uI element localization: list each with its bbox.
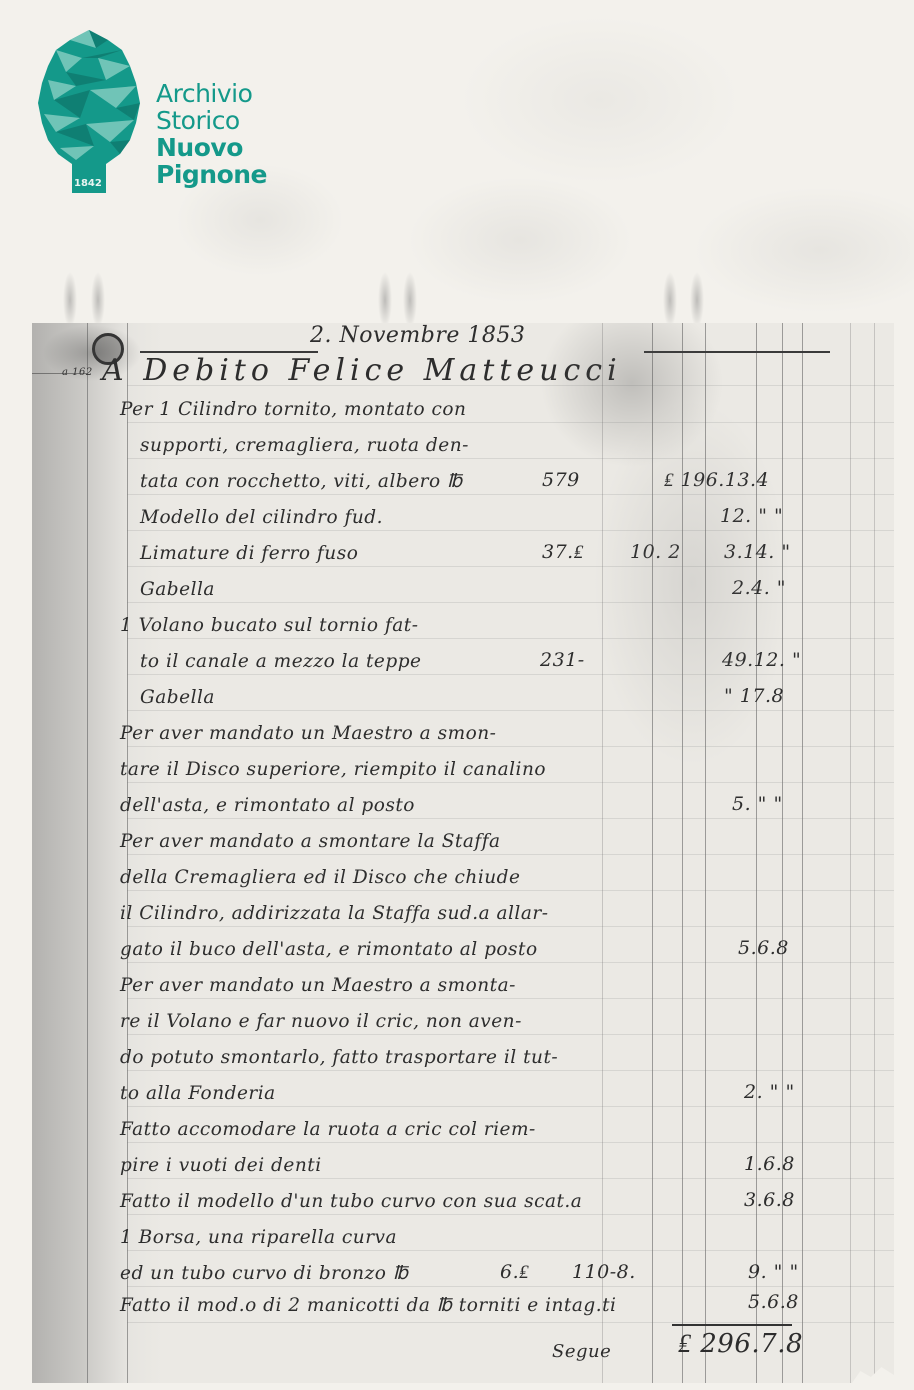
entry-amount: 49.12. " (722, 649, 801, 671)
column-rule (782, 323, 783, 1383)
margin-rule (87, 323, 88, 1383)
entry-amount: ₤ 196.13.4 (664, 469, 769, 492)
entry-text: tata con rocchetto, viti, albero ℔ (140, 471, 463, 492)
column-rule (602, 323, 603, 1383)
entry-text: il Cilindro, addirizzata la Staffa sud.a… (120, 903, 548, 924)
entry-amount: 3.14. " (724, 541, 791, 563)
column-rule (850, 323, 851, 1383)
entry-text: gato il buco dell'asta, e rimontato al p… (120, 939, 538, 960)
entry-amount: " 17.8 (724, 685, 784, 707)
entry-text: supporti, cremagliera, ruota den- (140, 435, 469, 456)
entry-qty: 579 (542, 469, 580, 491)
entry-text: Gabella (140, 579, 215, 600)
entry-text: dell'asta, e rimontato al posto (120, 795, 415, 816)
ledger-page: a 162 2. Novembre 1853 A Debito Felice M… (32, 323, 894, 1383)
logo-wordmark: Archivio Storico Nuovo Pignone (156, 80, 267, 188)
column-rule (874, 323, 875, 1383)
entry-text: Fatto il mod.o di 2 manicotti da ℔ torni… (120, 1295, 616, 1316)
column-rule (802, 323, 803, 1383)
header-rule (644, 351, 830, 353)
column-rule (652, 323, 653, 1383)
entry-text: Limature di ferro fuso (140, 543, 358, 564)
entry-text: 1 Borsa, una riparella curva (120, 1227, 397, 1248)
entry-amount: 2.4. " (732, 577, 786, 599)
torn-edge (852, 1363, 894, 1383)
entry-text: 1 Volano bucato sul tornio fat- (120, 615, 418, 636)
entry-text: tare il Disco superiore, riempito il can… (120, 759, 546, 780)
entry-amount: 9. " " (748, 1261, 799, 1283)
entry-text: Per aver mandato un Maestro a smon- (120, 723, 496, 744)
entry-text: to alla Fonderia (120, 1083, 276, 1104)
entry-amount: 1.6.8 (744, 1153, 795, 1175)
pinecone-logo-icon (36, 28, 142, 198)
document-total: ₤ 296.7.8 (678, 1329, 803, 1359)
margin-mark: a 162 (62, 367, 93, 378)
entry-text: Fatto il modello d'un tubo curvo con sua… (120, 1191, 582, 1212)
carry-forward-note: Segue (552, 1341, 611, 1362)
entry-amount: 5. " " (732, 793, 783, 815)
entry-text: Fatto accomodare la ruota a cric col rie… (120, 1119, 536, 1140)
total-rule (672, 1324, 792, 1326)
logo-line-storico: Storico (156, 107, 267, 134)
entry-text: Per 1 Cilindro tornito, montato con (120, 399, 466, 420)
entry-text: Per aver mandato un Maestro a smonta- (120, 975, 516, 996)
margin-rule (127, 323, 128, 1383)
entry-amount: 3.6.8 (744, 1189, 795, 1211)
document-date: 2. Novembre 1853 (310, 323, 525, 348)
entry-qty: 6.₤ (500, 1261, 529, 1284)
logo-line-archivio: Archivio (156, 80, 267, 107)
entry-text: to il canale a mezzo la teppe (140, 651, 422, 672)
entry-qty: 231- (540, 649, 585, 671)
entry-rate: 110-8. (572, 1261, 636, 1283)
archive-logo: 1842 Archivio Storico Nuovo Pignone (36, 28, 316, 208)
entry-text: Per aver mandato a smontare la Staffa (120, 831, 501, 852)
logo-year: 1842 (74, 178, 102, 189)
entry-text: pire i vuoti dei denti (120, 1155, 322, 1176)
entry-rate: 10. 2 (630, 541, 681, 563)
logo-line-pignone: Pignone (156, 161, 267, 188)
entry-amount: 5.6.8 (748, 1291, 799, 1313)
entry-text: Modello del cilindro fud. (140, 507, 383, 528)
entry-text: della Cremagliera ed il Disco che chiude (120, 867, 520, 888)
entry-text: ed un tubo curvo di bronzo ℔ (120, 1263, 408, 1284)
entry-text: Gabella (140, 687, 215, 708)
entry-text: do potuto smontarlo, fatto trasportare i… (120, 1047, 558, 1068)
entry-amount: 12. " " (720, 505, 783, 527)
document-title: A Debito Felice Matteucci (102, 353, 622, 388)
entry-text: re il Volano e far nuovo il cric, non av… (120, 1011, 522, 1032)
entry-qty: 37.₤ (542, 541, 584, 564)
logo-line-nuovo: Nuovo (156, 134, 267, 161)
entry-amount: 5.6.8 (738, 937, 789, 959)
entry-amount: 2. " " (744, 1081, 795, 1103)
